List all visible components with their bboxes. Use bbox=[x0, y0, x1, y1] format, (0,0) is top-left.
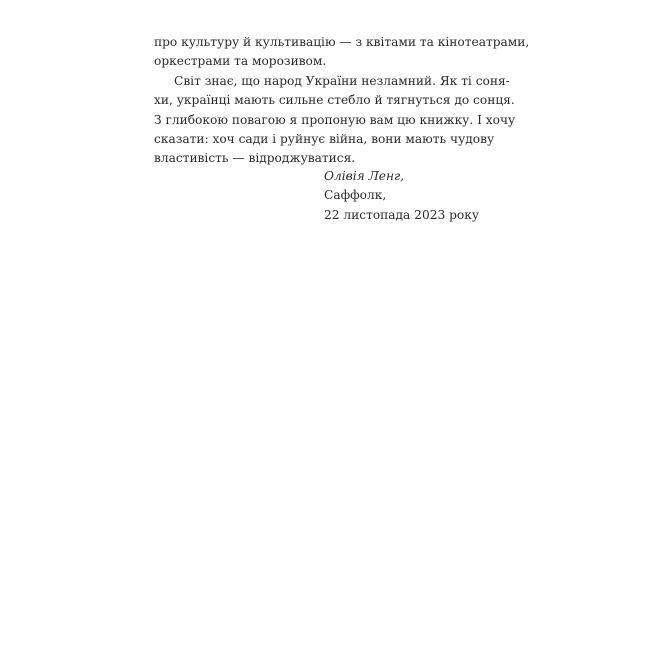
text-line: З глибокою повагою я пропоную вам цю кни… bbox=[154, 111, 478, 130]
text-line: Світ знає, що народ України незламний. Я… bbox=[154, 72, 478, 91]
signature-block: Олівія Ленг, Саффолк, 22 листопада 2023 … bbox=[324, 167, 479, 225]
book-page: про культуру й культивацію — з квітами т… bbox=[0, 0, 650, 650]
signature-place: Саффолк, bbox=[324, 186, 479, 205]
signature-author: Олівія Ленг, bbox=[324, 167, 479, 186]
body-text: про культуру й культивацію — з квітами т… bbox=[154, 33, 478, 169]
text-line: хи, українці мають сильне стебло й тягну… bbox=[154, 91, 478, 110]
text-line: про культуру й культивацію — з квітами т… bbox=[154, 33, 478, 52]
text-line: властивість — відроджуватися. bbox=[154, 149, 478, 168]
signature-date: 22 листопада 2023 року bbox=[324, 206, 479, 225]
text-line: оркестрами та морозивом. bbox=[154, 52, 478, 71]
text-line: сказати: хоч сади і руйнує війна, вони м… bbox=[154, 130, 478, 149]
